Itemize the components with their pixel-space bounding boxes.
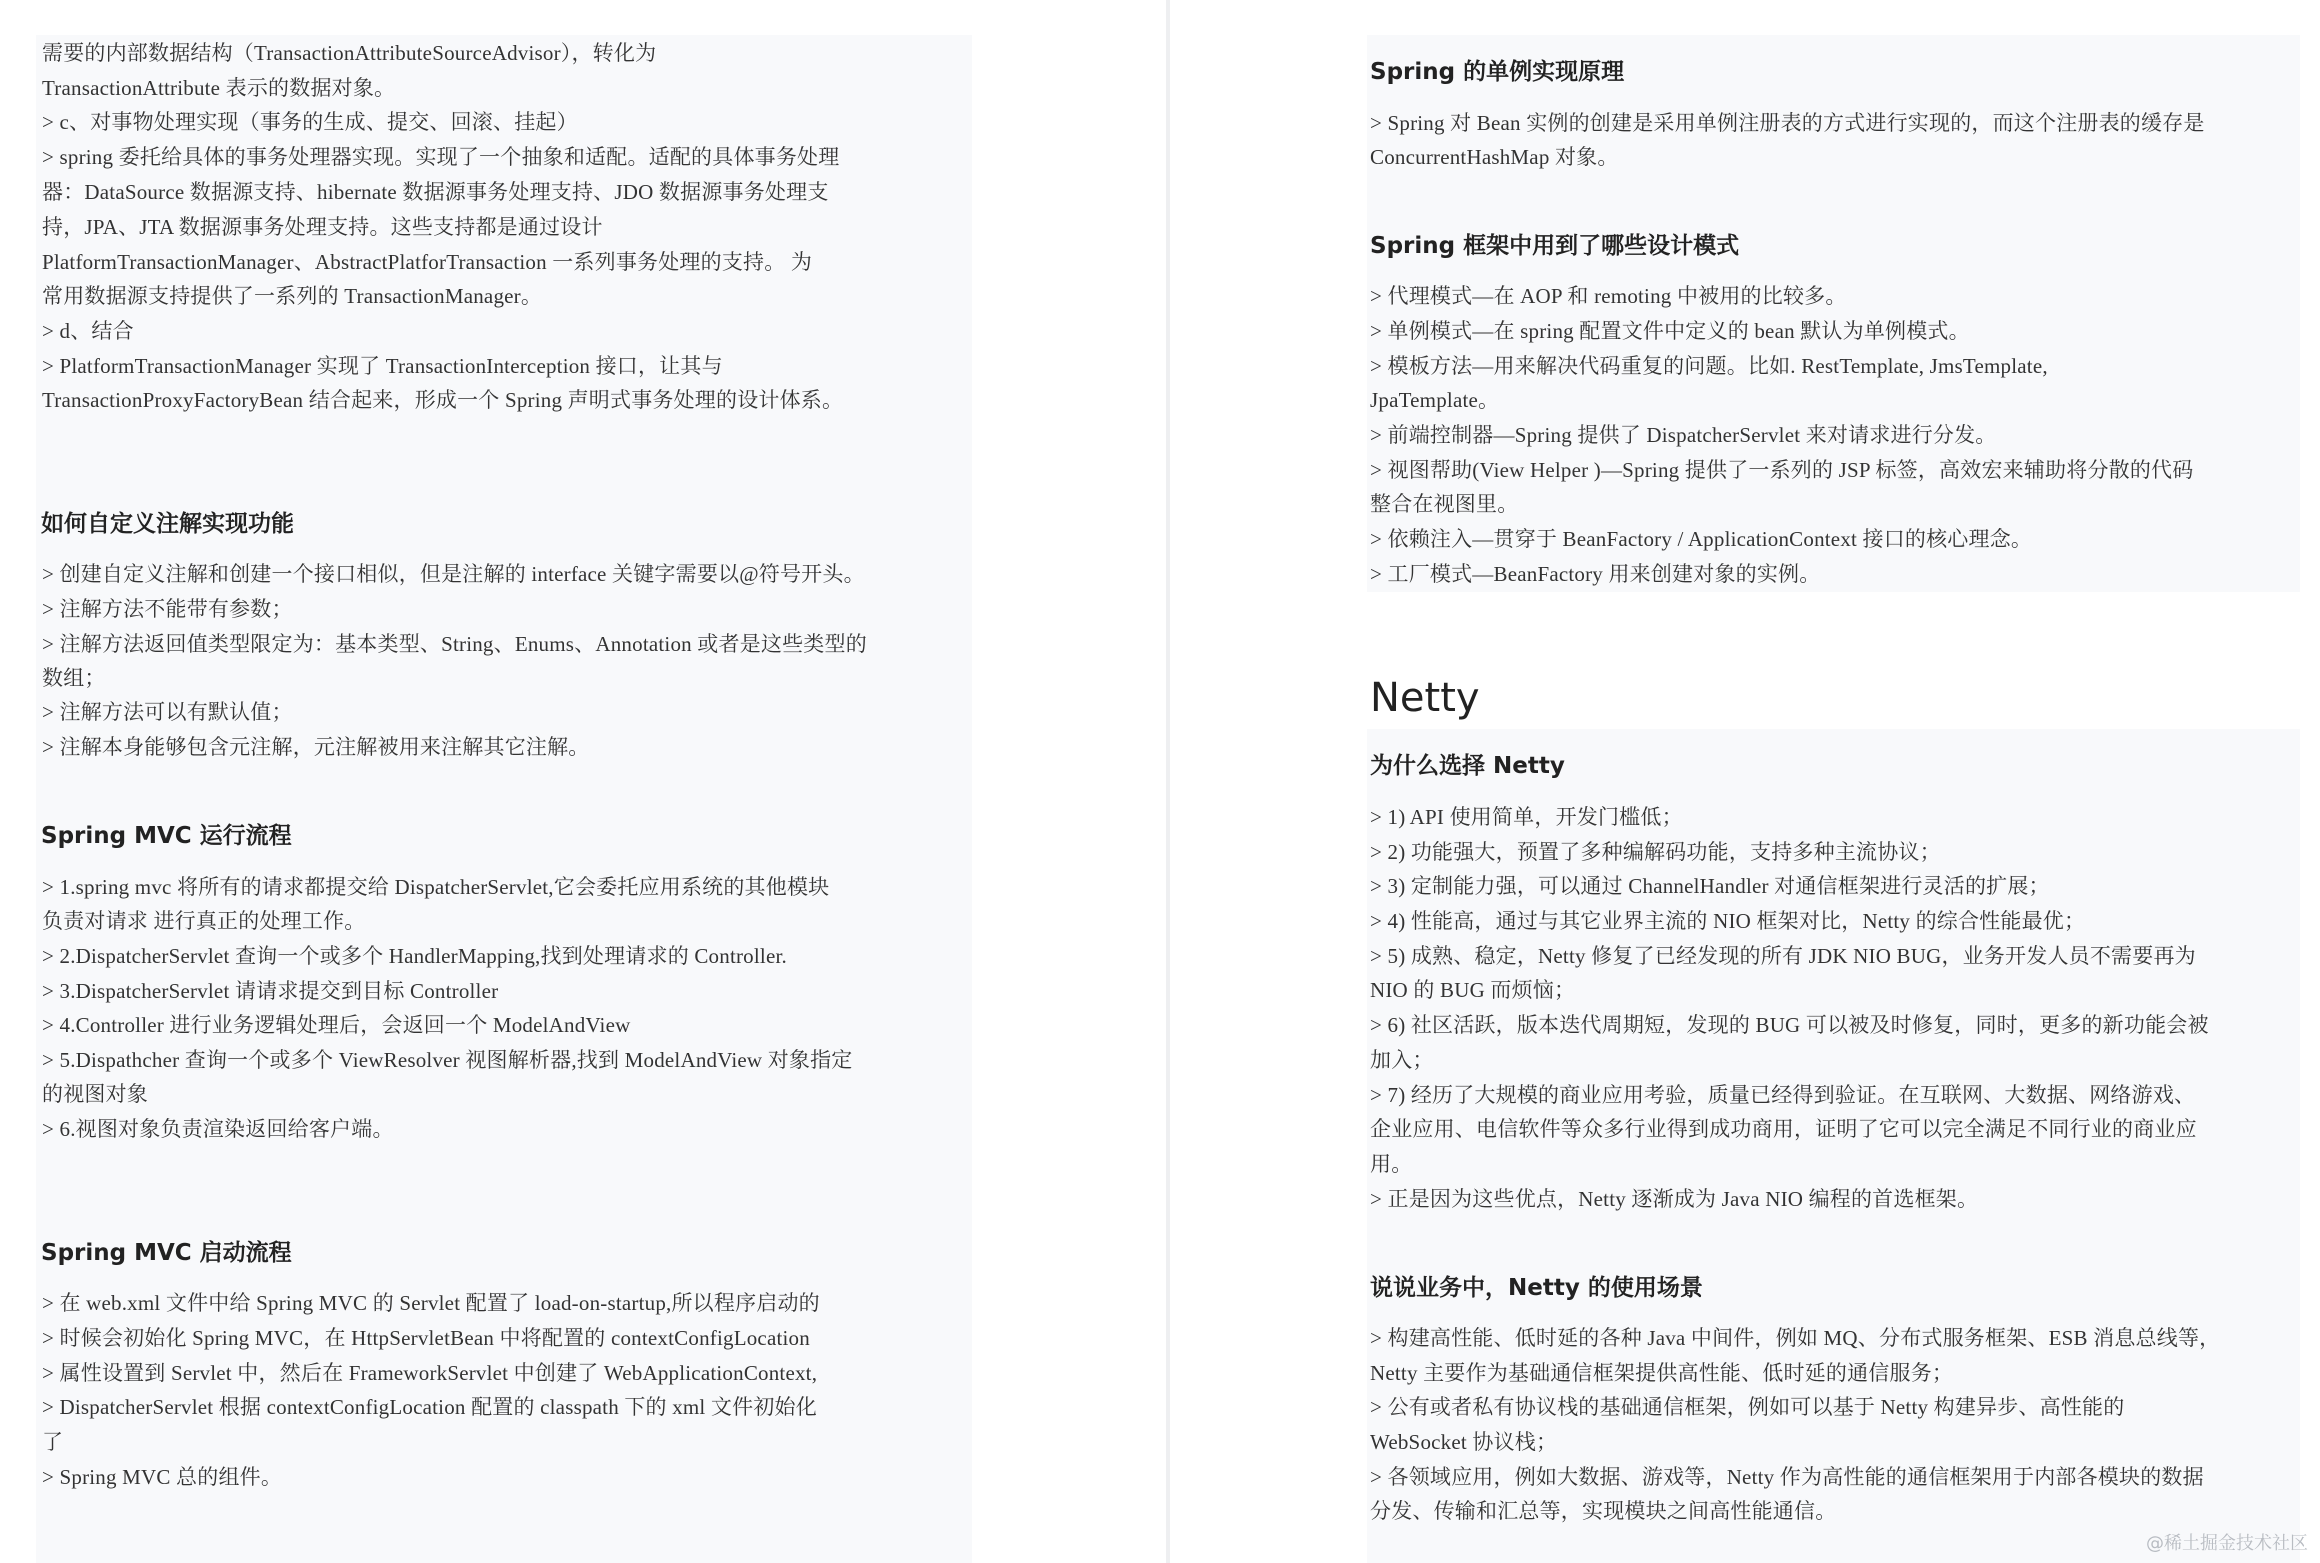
text-line: NIO 的 BUG 而烦恼；: [1370, 975, 1575, 1005]
text-line: 分发、传输和汇总等，实现模块之间高性能通信。: [1370, 1496, 1836, 1526]
text-line: > 代理模式—在 AOP 和 remoting 中被用的比较多。: [1370, 281, 1847, 311]
text-line: 用。: [1370, 1149, 1412, 1179]
text-line: > Spring 对 Bean 实例的创建是采用单例注册表的方式进行实现的，而这…: [1370, 108, 2205, 138]
text-line: > 构建高性能、低时延的各种 Java 中间件，例如 MQ、分布式服务框架、ES…: [1370, 1323, 2220, 1353]
right-page: Spring 的单例实现原理 > Spring 对 Bean 实例的创建是采用单…: [0, 0, 2320, 1563]
text-line: > 3) 定制能力强，可以通过 ChannelHandler 对通信框架进行灵活…: [1370, 871, 2050, 901]
section-heading: Spring 的单例实现原理: [1370, 56, 1624, 88]
text-line: 企业应用、电信软件等众多行业得到成功商用，证明了它可以完全满足不同行业的商业应: [1370, 1114, 2197, 1144]
section-heading: 说说业务中，Netty 的使用场景: [1370, 1272, 1703, 1304]
text-line: > 正是因为这些优点，Netty 逐渐成为 Java NIO 编程的首选框架。: [1370, 1184, 1978, 1214]
text-line: > 工厂模式—BeanFactory 用来创建对象的实例。: [1370, 559, 1820, 589]
text-line: > 6) 社区活跃，版本迭代周期短，发现的 BUG 可以被及时修复，同时，更多的…: [1370, 1010, 2209, 1040]
text-line: > 依赖注入—贯穿于 BeanFactory / ApplicationCont…: [1370, 524, 2032, 554]
text-line: > 各领域应用，例如大数据、游戏等，Netty 作为高性能的通信框架用于内部各模…: [1370, 1462, 2204, 1492]
section-heading: Spring 框架中用到了哪些设计模式: [1370, 230, 1739, 262]
text-line: > 1) API 使用简单，开发门槛低；: [1370, 802, 1683, 832]
text-line: 整合在视图里。: [1370, 489, 1518, 519]
text-line: JpaTemplate。: [1370, 385, 1499, 415]
text-line: Netty 主要作为基础通信框架提供高性能、低时延的通信服务；: [1370, 1358, 1953, 1388]
text-line: > 前端控制器—Spring 提供了 DispatcherServlet 来对请…: [1370, 420, 1997, 450]
text-line: > 2) 功能强大，预置了多种编解码功能，支持多种主流协议；: [1370, 837, 1941, 867]
text-line: ConcurrentHashMap 对象。: [1370, 142, 1619, 172]
text-line: > 4) 性能高，通过与其它业界主流的 NIO 框架对比，Netty 的综合性能…: [1370, 906, 2085, 936]
text-line: WebSocket 协议栈；: [1370, 1427, 1557, 1457]
chapter-title: Netty: [1370, 673, 1480, 723]
text-line: > 5) 成熟、稳定，Netty 修复了已经发现的所有 JDK NIO BUG，…: [1370, 941, 2196, 971]
text-line: > 7) 经历了大规模的商业应用考验，质量已经得到验证。在互联网、大数据、网络游…: [1370, 1080, 2195, 1110]
text-line: 加入；: [1370, 1045, 1434, 1075]
text-line: > 模板方法—用来解决代码重复的问题。比如. RestTemplate, Jms…: [1370, 351, 2048, 381]
text-line: > 视图帮助(View Helper )—Spring 提供了一系列的 JSP …: [1370, 455, 2193, 485]
text-line: > 单例模式—在 spring 配置文件中定义的 bean 默认为单例模式。: [1370, 316, 1970, 346]
watermark: @稀土掘金技术社区: [2146, 1529, 2308, 1555]
text-line: > 公有或者私有协议栈的基础通信框架，例如可以基于 Netty 构建异步、高性能…: [1370, 1392, 2124, 1422]
section-heading: 为什么选择 Netty: [1370, 750, 1565, 782]
